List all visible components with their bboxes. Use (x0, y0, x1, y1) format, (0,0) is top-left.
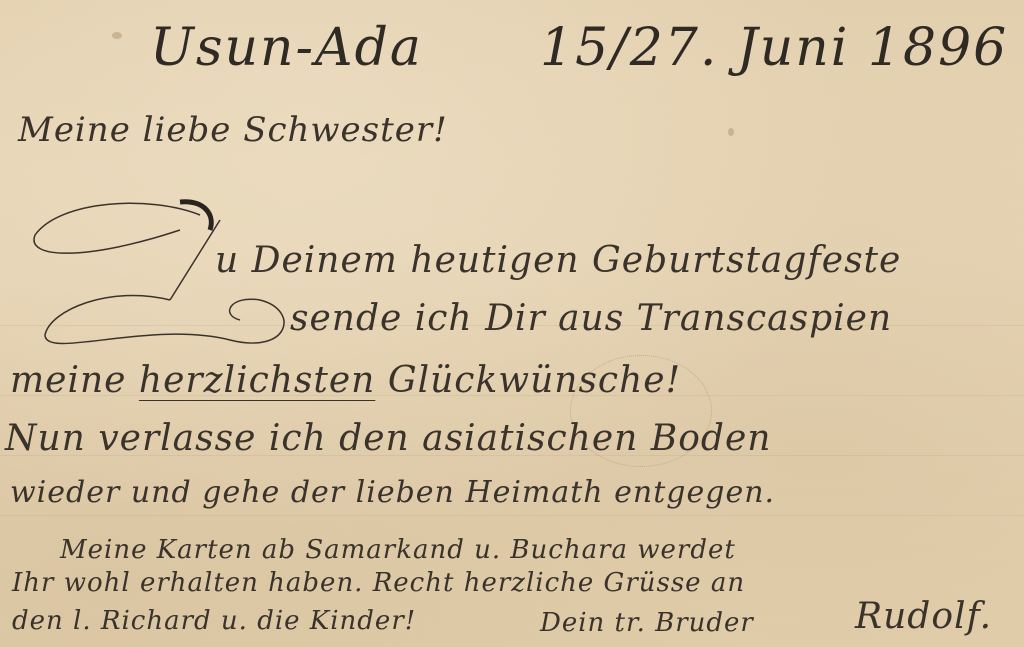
letter-paper: Usun-Ada 15/27. Juni 1896 Meine liebe Sc… (0, 0, 1024, 647)
body-line-1: u Deinem heutigen Geburtstagfeste (215, 240, 901, 281)
word-meine: meine (10, 360, 139, 401)
body-line-2: sende ich Dir aus Transcaspien (290, 298, 892, 339)
underlined-word: herzlichsten (139, 360, 375, 401)
body-line-7: Ihr wohl erhalten haben. Recht herzliche… (12, 568, 745, 598)
body-line-4: Nun verlasse ich den asiatischen Boden (5, 418, 771, 459)
body-line-5: wieder und gehe der lieben Heimath entge… (10, 475, 775, 510)
body-line-3: meine herzlichsten Glückwünsche! (10, 360, 681, 401)
signature: Rudolf. (855, 596, 992, 637)
letter-place: Usun-Ada (150, 18, 423, 78)
salutation: Meine liebe Schwester! (18, 110, 448, 150)
letter-date: 15/27. Juni 1896 (540, 18, 1008, 78)
paper-rule (0, 515, 1024, 516)
word-glueckwuensche: Glückwünsche! (375, 360, 681, 401)
body-line-6: Meine Karten ab Samarkand u. Buchara wer… (60, 535, 736, 565)
closing-text: Dein tr. Bruder (540, 608, 754, 638)
body-line-8: den l. Richard u. die Kinder! (12, 606, 416, 636)
paper-stain (728, 128, 734, 136)
paper-stain (112, 32, 122, 39)
